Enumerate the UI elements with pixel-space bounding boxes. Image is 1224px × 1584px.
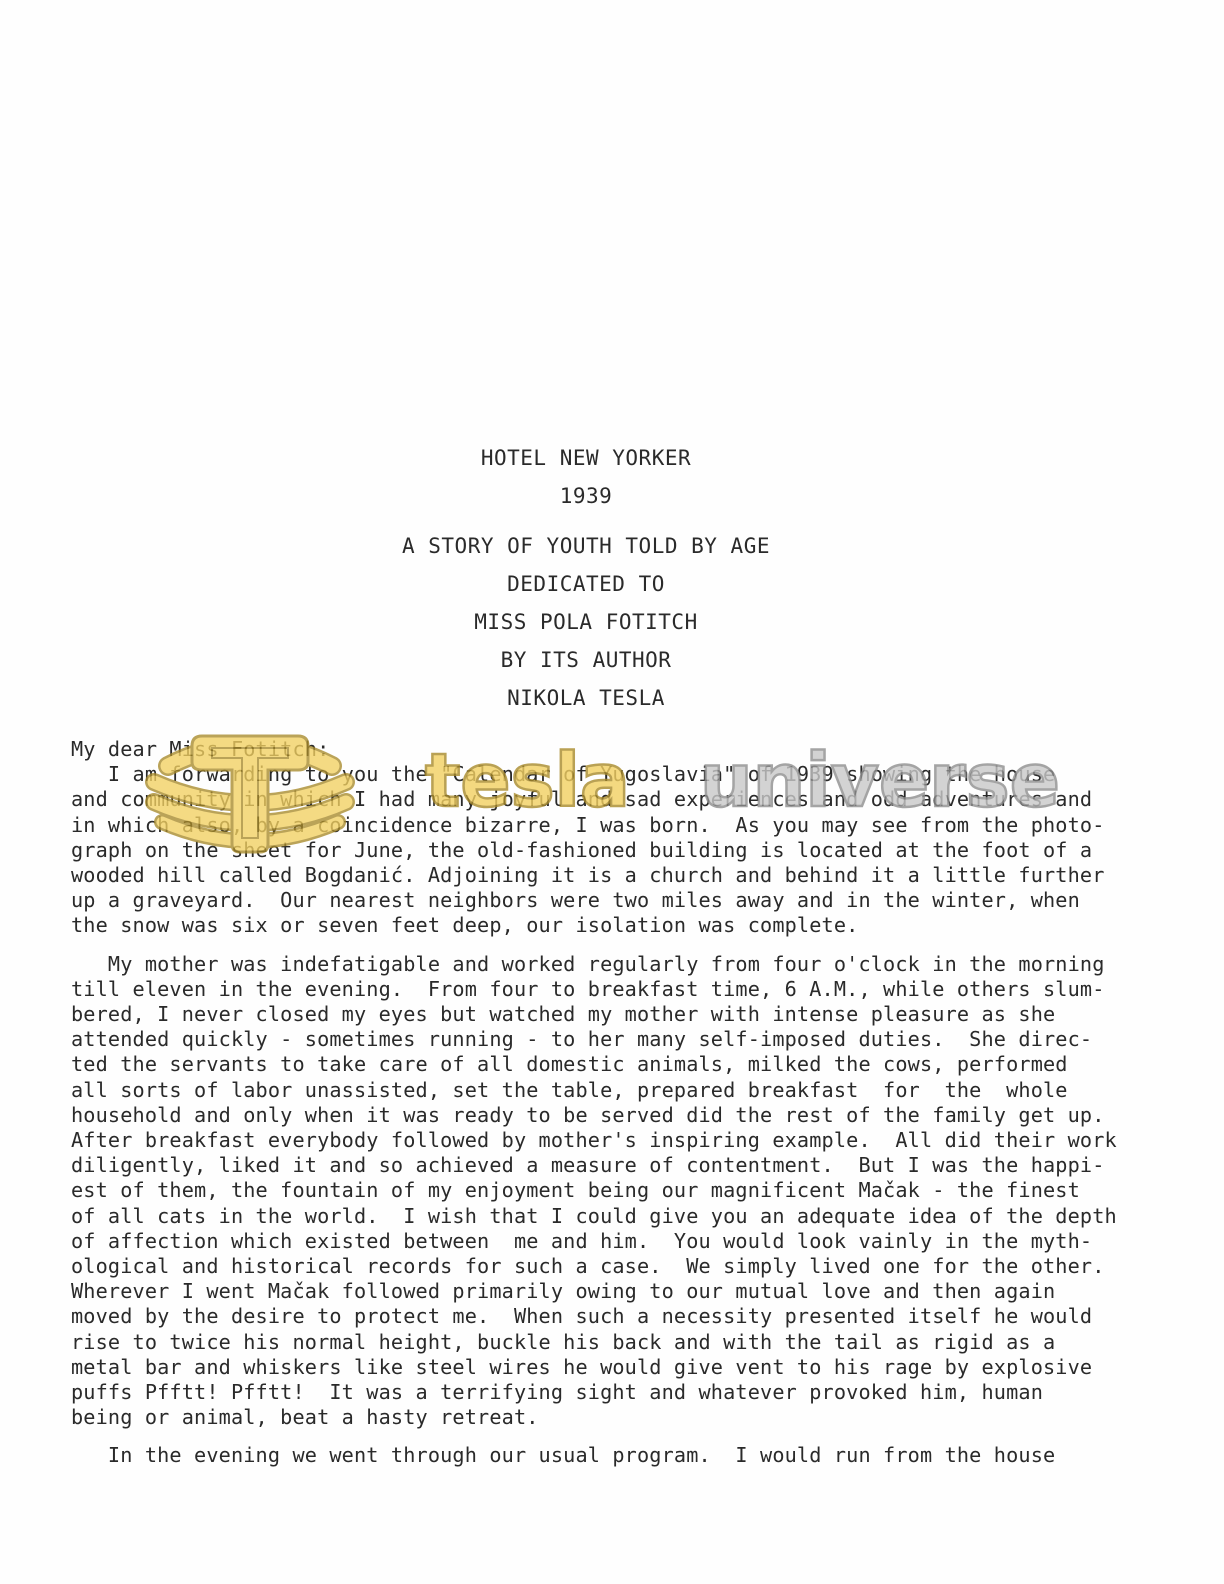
text-line: in which also, by a coincidence bizarre,… bbox=[71, 813, 1161, 838]
text-line: est of them, the fountain of my enjoymen… bbox=[71, 1178, 1161, 1203]
salutation: My dear Miss Fotitch: bbox=[71, 737, 1161, 762]
text-line: household and only when it was ready to … bbox=[71, 1103, 1161, 1128]
text-line: wooded hill called Bogdanić. Adjoining i… bbox=[71, 863, 1161, 888]
heading-hotel: HOTEL NEW YORKER bbox=[0, 444, 1172, 482]
text-line: ological and historical records for such… bbox=[71, 1254, 1161, 1279]
text-line: being or animal, beat a hasty retreat. bbox=[71, 1405, 1161, 1430]
text-line: all sorts of labor unassisted, set the t… bbox=[71, 1078, 1161, 1103]
heading-year: 1939 bbox=[0, 482, 1172, 520]
letter-body: My dear Miss Fotitch: I am forwarding to… bbox=[71, 737, 1161, 1482]
paragraph: I am forwarding to you the "Calendar of … bbox=[71, 762, 1161, 938]
text-line: After breakfast everybody followed by mo… bbox=[71, 1128, 1161, 1153]
text-line: till eleven in the evening. From four to… bbox=[71, 977, 1161, 1002]
title-block: HOTEL NEW YORKER 1939 A STORY OF YOUTH T… bbox=[0, 444, 1172, 722]
heading-title: A STORY OF YOUTH TOLD BY AGE bbox=[0, 532, 1172, 570]
text-line: graph on the sheet for June, the old-fas… bbox=[71, 838, 1161, 863]
document-page: HOTEL NEW YORKER 1939 A STORY OF YOUTH T… bbox=[0, 0, 1224, 1584]
text-line: Wherever I went Mačak followed primarily… bbox=[71, 1279, 1161, 1304]
paragraphs: I am forwarding to you the "Calendar of … bbox=[71, 762, 1161, 1468]
heading-recipient: MISS POLA FOTITCH bbox=[0, 608, 1172, 646]
text-line: of all cats in the world. I wish that I … bbox=[71, 1204, 1161, 1229]
text-line: up a graveyard. Our nearest neighbors we… bbox=[71, 888, 1161, 913]
heading-by-author: BY ITS AUTHOR bbox=[0, 646, 1172, 684]
paragraph: In the evening we went through our usual… bbox=[71, 1443, 1161, 1468]
paragraph: My mother was indefatigable and worked r… bbox=[71, 952, 1161, 1431]
heading-author-name: NIKOLA TESLA bbox=[0, 684, 1172, 722]
text-line: bered, I never closed my eyes but watche… bbox=[71, 1002, 1161, 1027]
text-line: I am forwarding to you the "Calendar of … bbox=[71, 762, 1161, 787]
text-line: puffs Pfftt! Pfftt! It was a terrifying … bbox=[71, 1380, 1161, 1405]
text-line: of affection which existed between me an… bbox=[71, 1229, 1161, 1254]
text-line: attended quickly - sometimes running - t… bbox=[71, 1027, 1161, 1052]
text-line: ted the servants to take care of all dom… bbox=[71, 1052, 1161, 1077]
text-line: metal bar and whiskers like steel wires … bbox=[71, 1355, 1161, 1380]
text-line: My mother was indefatigable and worked r… bbox=[71, 952, 1161, 977]
text-line: and community in which I had many joyful… bbox=[71, 787, 1161, 812]
text-line: diligently, liked it and so achieved a m… bbox=[71, 1153, 1161, 1178]
heading-dedicated: DEDICATED TO bbox=[0, 570, 1172, 608]
text-line: moved by the desire to protect me. When … bbox=[71, 1304, 1161, 1329]
text-line: the snow was six or seven feet deep, our… bbox=[71, 913, 1161, 938]
text-line: In the evening we went through our usual… bbox=[71, 1443, 1161, 1468]
text-line: rise to twice his normal height, buckle … bbox=[71, 1330, 1161, 1355]
